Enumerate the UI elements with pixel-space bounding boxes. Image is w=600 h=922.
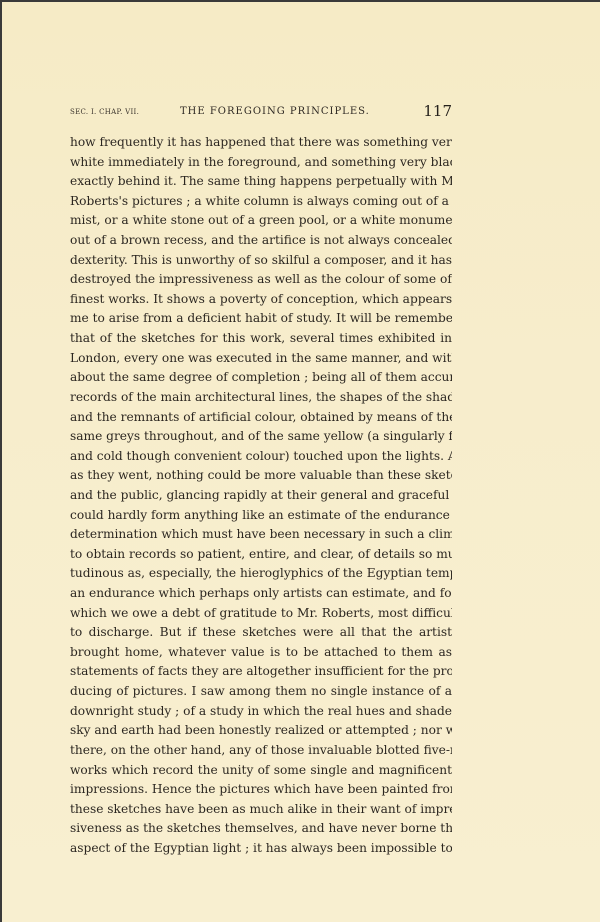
text-line: that of the sketches for this work, seve… <box>70 329 452 349</box>
text-line: and cold though convenient colour) touch… <box>70 447 452 467</box>
text-line: mist, or a white stone out of a green po… <box>70 211 452 231</box>
text-line: these sketches have been as much alike i… <box>70 800 452 820</box>
text-line: finest works. It shows a poverty of conc… <box>70 290 452 310</box>
body-text: how frequently it has happened that ther… <box>70 133 452 859</box>
text-line: could hardly form anything like an estim… <box>70 506 452 526</box>
text-line: destroyed the impressiveness as well as … <box>70 270 452 290</box>
text-line: white immediately in the foreground, and… <box>70 153 452 173</box>
text-line: and the remnants of artificial colour, o… <box>70 408 452 428</box>
text-line: which we owe a debt of gratitude to Mr. … <box>70 604 452 624</box>
text-line: impressions. Hence the pictures which ha… <box>70 780 452 800</box>
text-line: aspect of the Egyptian light ; it has al… <box>70 839 452 859</box>
page-number: 117 <box>423 102 452 120</box>
text-line: statements of facts they are altogether … <box>70 662 452 682</box>
running-title: THE FOREGOING PRINCIPLES. <box>180 106 370 117</box>
text-line: and the public, glancing rapidly at thei… <box>70 486 452 506</box>
text-line: determination which must have been neces… <box>70 525 452 545</box>
text-line: same greys throughout, and of the same y… <box>70 427 452 447</box>
text-line: exactly behind it. The same thing happen… <box>70 172 452 192</box>
text-line: to discharge. But if these sketches were… <box>70 623 452 643</box>
text-line: how frequently it has happened that ther… <box>70 133 452 153</box>
text-line: dexterity. This is unworthy of so skilfu… <box>70 251 452 271</box>
book-page: SEC. I. CHAP. VII. THE FOREGOING PRINCIP… <box>0 0 600 922</box>
text-line: there, on the other hand, any of those i… <box>70 741 452 761</box>
text-line: to obtain records so patient, entire, an… <box>70 545 452 565</box>
text-line: records of the main architectural lines,… <box>70 388 452 408</box>
text-line: London, every one was executed in the sa… <box>70 349 452 369</box>
text-line: sky and earth had been honestly realized… <box>70 721 452 741</box>
text-line: tudinous as, especially, the hieroglyphi… <box>70 564 452 584</box>
text-line: siveness as the sketches themselves, and… <box>70 819 452 839</box>
text-line: as they went, nothing could be more valu… <box>70 466 452 486</box>
text-line: downright study ; of a study in which th… <box>70 702 452 722</box>
text-line: an endurance which perhaps only artists … <box>70 584 452 604</box>
section-reference: SEC. I. CHAP. VII. <box>70 108 139 116</box>
running-head: SEC. I. CHAP. VII. THE FOREGOING PRINCIP… <box>70 103 452 123</box>
text-line: me to arise from a deficient habit of st… <box>70 309 452 329</box>
text-line: Roberts's pictures ; a white column is a… <box>70 192 452 212</box>
text-line: about the same degree of completion ; be… <box>70 368 452 388</box>
text-line: brought home, whatever value is to be at… <box>70 643 452 663</box>
text-line: out of a brown recess, and the artifice … <box>70 231 452 251</box>
text-line: ducing of pictures. I saw among them no … <box>70 682 452 702</box>
text-line: works which record the unity of some sin… <box>70 761 452 781</box>
